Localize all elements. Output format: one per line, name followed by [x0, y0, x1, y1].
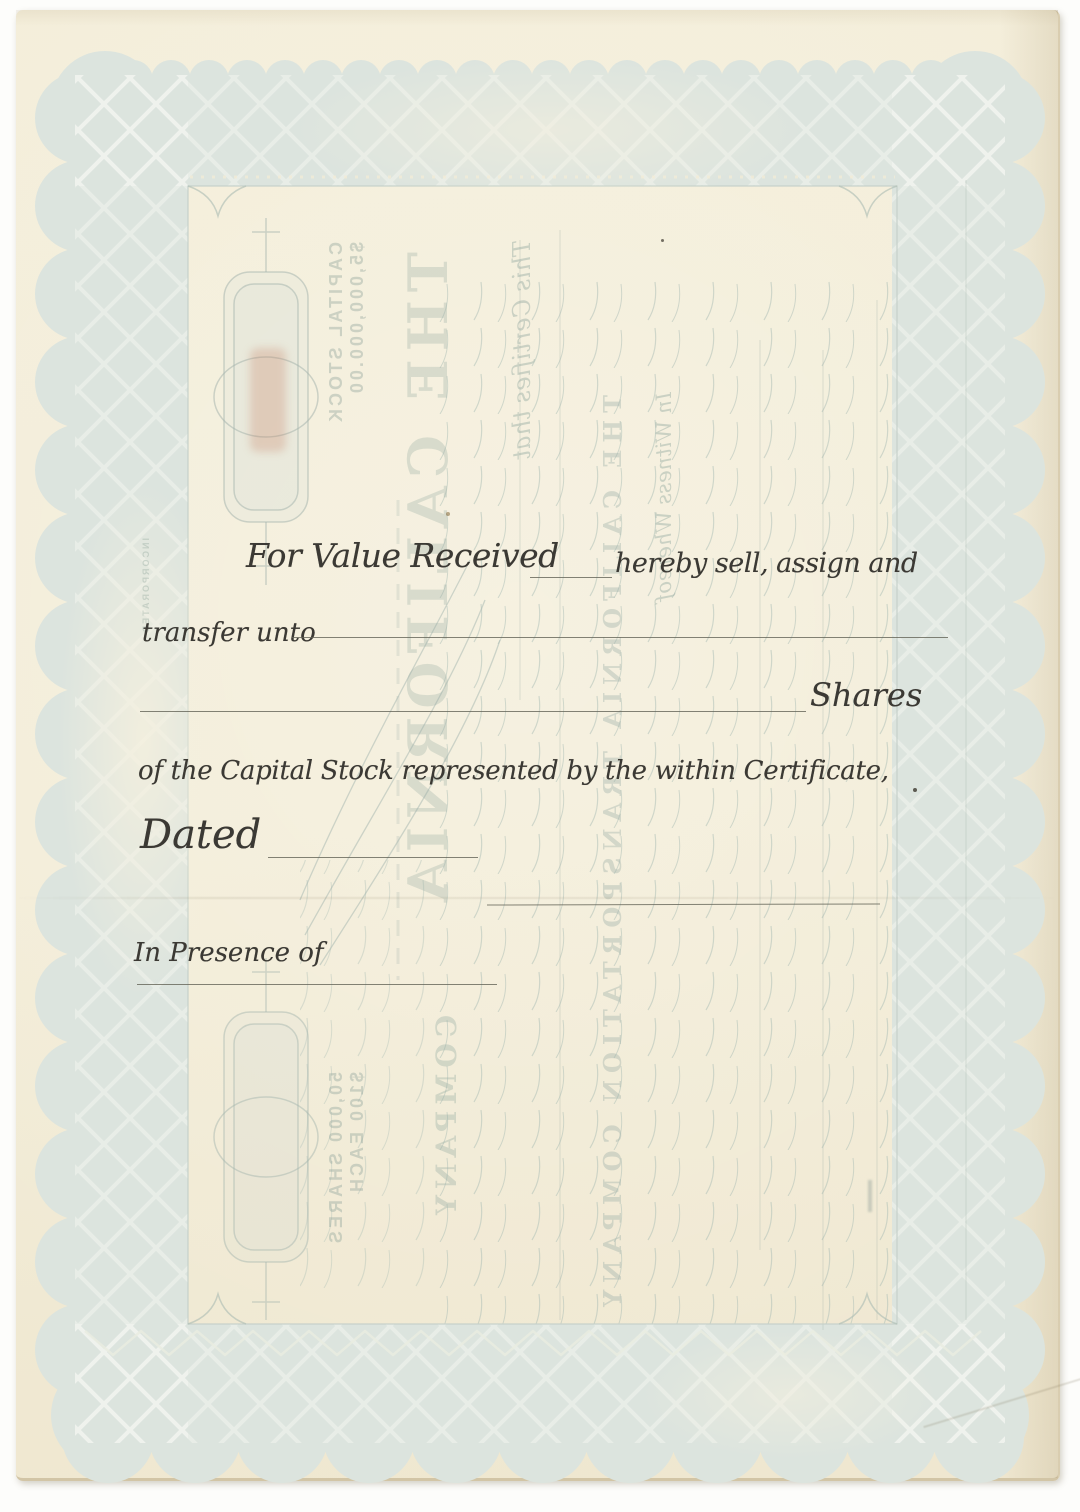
capital-stock-sentence: of the Capital Stock represented by the …: [138, 756, 889, 786]
certificate-scan: CAPITAL STOCK $5,000,000.00 50,000 SHARE…: [0, 0, 1080, 1512]
paper-edge-shading-right: [1000, 10, 1058, 1478]
certificate-paper: [16, 10, 1060, 1481]
paper-speck: [661, 239, 664, 242]
paper-speck: [913, 788, 917, 792]
sell-assign-text: hereby sell, assign and: [615, 548, 918, 579]
fill-line-transferee: [292, 637, 948, 638]
paper-speck: [446, 512, 450, 516]
shares-text: Shares: [810, 676, 922, 714]
printer-imprint-bleed: [868, 1180, 872, 1212]
fill-line-witness: [137, 984, 497, 985]
fold-crease: [16, 897, 1058, 899]
fill-line-shares: [140, 711, 806, 712]
bleed-serial-number-red: [250, 348, 286, 452]
value-received-text: For Value Received: [246, 536, 559, 575]
fill-line-assignor: [530, 577, 612, 578]
dated-text: Dated: [140, 812, 261, 858]
paper-edge-shading-top: [16, 10, 1058, 26]
in-presence-of-text: In Presence of: [134, 938, 324, 968]
fill-line-date: [268, 857, 478, 858]
transfer-unto-text: transfer unto: [142, 618, 316, 648]
